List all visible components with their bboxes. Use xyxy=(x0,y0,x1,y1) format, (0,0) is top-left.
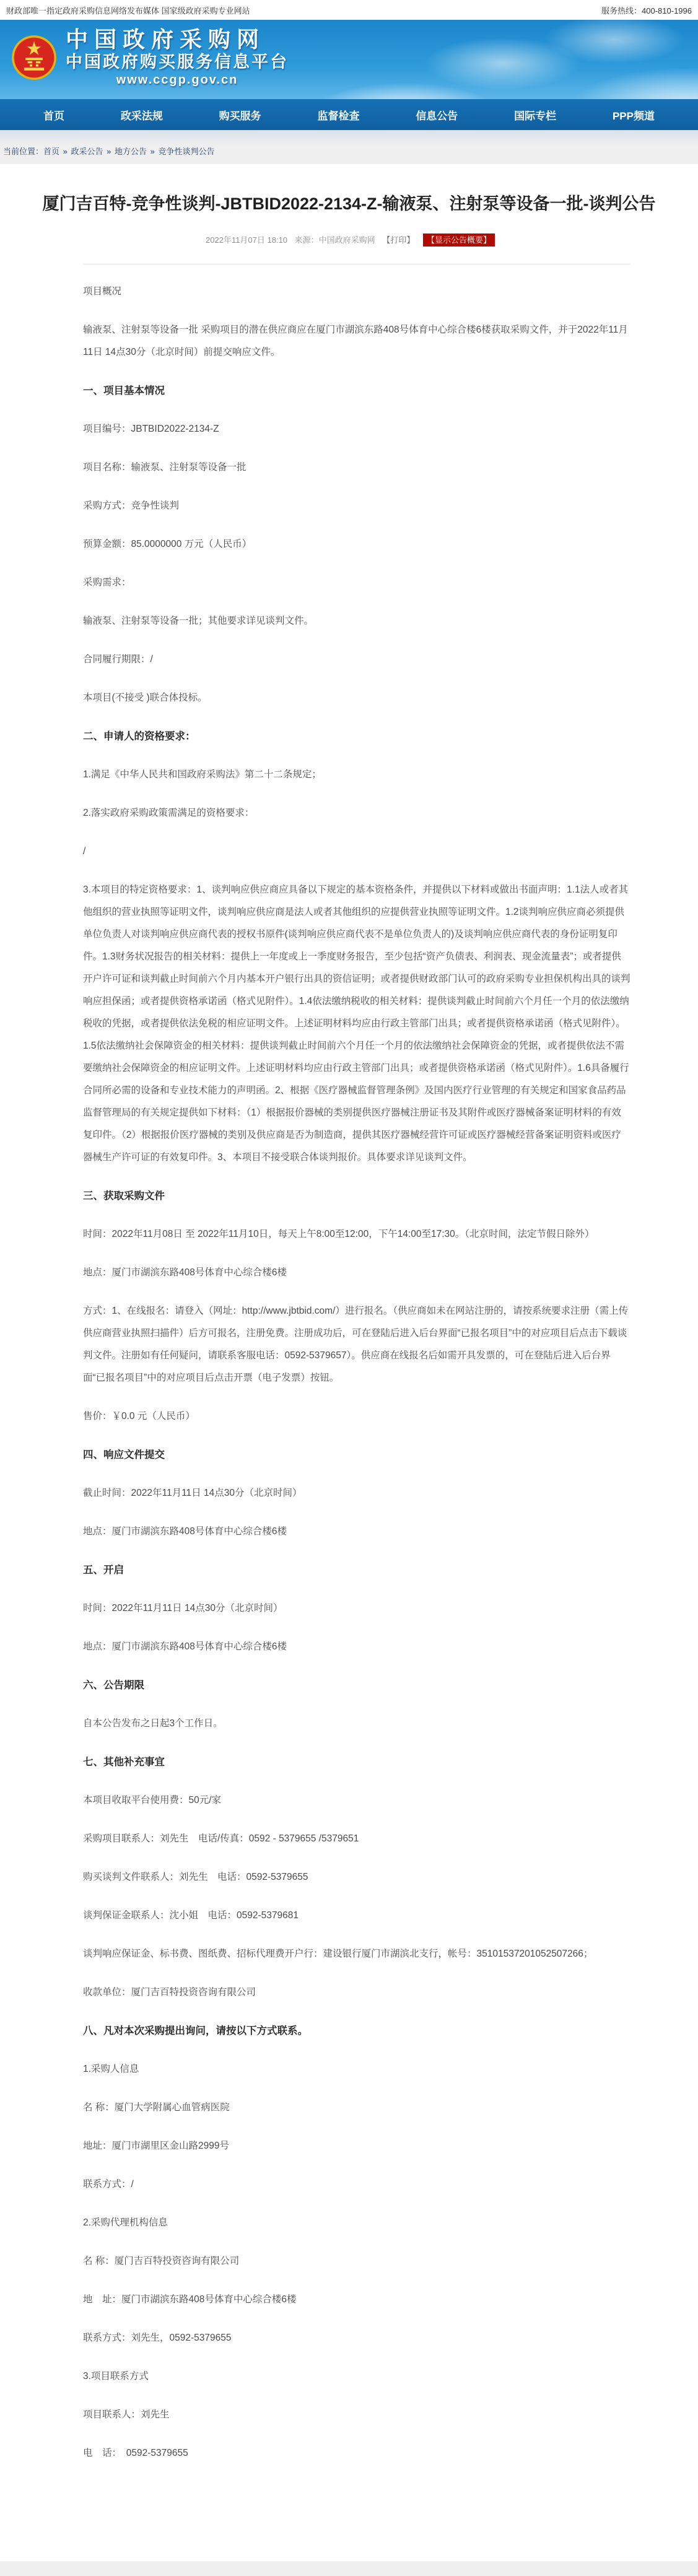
section-heading: 一、项目基本情况 xyxy=(83,380,630,402)
article-meta: 2022年11月07日 18:10 来源：中国政府采购网 【打印】 【显示公告概… xyxy=(0,234,698,245)
breadcrumb-separator: » xyxy=(59,147,71,156)
site-subtitle: 中国政府购买服务信息平台 xyxy=(66,52,289,72)
paragraph: 方式：1、在线报名：请登入（网址：http://www.jbtbid.com/）… xyxy=(83,1300,630,1389)
nav-item-announcements[interactable]: 信息公告 xyxy=(416,107,458,123)
paragraph: 3.项目联系方式 xyxy=(83,2365,630,2388)
site-logo[interactable]: 中国政府采购网 中国政府购买服务信息平台 www.ccgp.gov.cn xyxy=(11,27,289,88)
paragraph: 1.采购人信息 xyxy=(83,2058,630,2080)
paragraph: 名 称：厦门吉百特投资咨询有限公司 xyxy=(83,2250,630,2273)
site-title: 中国政府采购网 xyxy=(66,27,289,52)
paragraph: 谈判保证金联系人：沈小姐 电话：0592-5379681 xyxy=(83,1905,630,1927)
paragraph: 预算金额：85.0000000 万元（人民币） xyxy=(83,533,630,556)
paragraph: 采购需求： xyxy=(83,572,630,594)
breadcrumb-item-home[interactable]: 首页 xyxy=(43,147,59,156)
paragraph: 地点：厦门市湖滨东路408号体育中心综合楼6楼 xyxy=(83,1262,630,1284)
nav-item-international[interactable]: 国际专栏 xyxy=(514,107,556,123)
national-emblem-icon xyxy=(11,35,57,81)
paragraph: 本项目(不接受 )联合体投标。 xyxy=(83,687,630,709)
article-card: 厦门吉百特-竞争性谈判-JBTBID2022-2134-Z-输液泵、注射泵等设备… xyxy=(0,164,698,2561)
section-heading: 五、开启 xyxy=(83,1559,630,1581)
print-link[interactable]: 【打印】 xyxy=(382,235,414,245)
show-summary-button[interactable]: 【显示公告概要】 xyxy=(423,234,495,247)
paragraph: 采购方式：竞争性谈判 xyxy=(83,495,630,517)
paragraph: 地点：厦门市湖滨东路408号体育中心综合楼6楼 xyxy=(83,1521,630,1543)
paragraph: 电 话： 0592-5379655 xyxy=(83,2442,630,2465)
breadcrumb-item-procurement-announcements[interactable]: 政采公告 xyxy=(71,147,103,156)
paragraph: / xyxy=(83,840,630,863)
service-hotline: 服务热线：400-810-1996 xyxy=(601,4,692,16)
section-heading: 三、获取采购文件 xyxy=(83,1185,630,1207)
paragraph: 购买谈判文件联系人：刘先生 电话：0592-5379655 xyxy=(83,1866,630,1888)
paragraph: 谈判响应保证金、标书费、图纸费、招标代理费开户行：建设银行厦门市湖滨北支行，帐号… xyxy=(83,1943,630,1965)
site-slogan: 财政部唯一指定政府采购信息网络发布媒体 国家级政府采购专业网站 xyxy=(6,4,250,16)
site-url: www.ccgp.gov.cn xyxy=(66,72,289,88)
paragraph: 地点：厦门市湖滨东路408号体育中心综合楼6楼 xyxy=(83,1636,630,1658)
paragraph: 地 址：厦门市湖滨东路408号体育中心综合楼6楼 xyxy=(83,2289,630,2311)
meta-divider xyxy=(83,264,630,264)
breadcrumb-separator: » xyxy=(147,147,158,156)
page-title: 厦门吉百特-竞争性谈判-JBTBID2022-2134-Z-输液泵、注射泵等设备… xyxy=(0,191,698,216)
paragraph: 名 称：厦门大学附属心血管病医院 xyxy=(83,2097,630,2119)
paragraph: 合同履行期限：/ xyxy=(83,648,630,671)
paragraph: 截止时间：2022年11月11日 14点30分（北京时间） xyxy=(83,1482,630,1504)
top-bar: 财政部唯一指定政府采购信息网络发布媒体 国家级政府采购专业网站 服务热线：400… xyxy=(0,0,698,20)
section-heading: 七、其他补充事宜 xyxy=(83,1751,630,1773)
subheader: 当前位置：首页 » 政采公告 » 地方公告 » 竞争性谈判公告 xyxy=(0,130,698,164)
paragraph: 本项目收取平台使用费：50元/家 xyxy=(83,1789,630,1812)
paragraph: 时间：2022年11月11日 14点30分（北京时间） xyxy=(83,1597,630,1620)
paragraph: 2.采购代理机构信息 xyxy=(83,2212,630,2234)
nav-item-ppp-channel[interactable]: PPP频道 xyxy=(613,107,655,123)
nav-item-regulations[interactable]: 政采法规 xyxy=(121,107,163,123)
breadcrumb: 当前位置：首页 » 政采公告 » 地方公告 » 竞争性谈判公告 xyxy=(0,145,698,157)
paragraph: 联系方式：/ xyxy=(83,2173,630,2196)
paragraph: 项目编号：JBTBID2022-2134-Z xyxy=(83,418,630,440)
meta-datetime: 2022年11月07日 18:10 xyxy=(206,235,287,245)
meta-source: 来源：中国政府采购网 xyxy=(295,235,375,245)
article-body: 项目概况输液泵、注射泵等设备一批 采购项目的潜在供应商应在厦门市湖滨东路408号… xyxy=(0,264,698,2536)
paragraph: 3.本项目的特定资格要求：1、谈判响应供应商应具备以下规定的基本资格条件，并提供… xyxy=(83,879,630,1169)
section-heading: 二、申请人的资格要求： xyxy=(83,725,630,748)
nav-item-purchase-service[interactable]: 购买服务 xyxy=(219,107,261,123)
header-banner: 中国政府采购网 中国政府购买服务信息平台 www.ccgp.gov.cn xyxy=(0,20,698,99)
paragraph: 输液泵、注射泵等设备一批；其他要求详见谈判文件。 xyxy=(83,610,630,632)
section-heading: 八、凡对本次采购提出询问，请按以下方式联系。 xyxy=(83,2020,630,2042)
breadcrumb-separator: » xyxy=(103,147,115,156)
paragraph: 项目概况 xyxy=(83,281,630,303)
paragraph: 售价：￥0.0 元（人民币） xyxy=(83,1405,630,1428)
nav-item-supervision[interactable]: 监督检查 xyxy=(317,107,359,123)
paragraph: 输液泵、注射泵等设备一批 采购项目的潜在供应商应在厦门市湖滨东路408号体育中心… xyxy=(83,319,630,364)
main-nav: 首页政采法规购买服务监督检查信息公告国际专栏PPP频道 xyxy=(0,99,698,130)
paragraph: 地址：厦门市湖里区金山路2999号 xyxy=(83,2135,630,2157)
breadcrumb-label: 当前位置： xyxy=(3,147,43,156)
nav-item-home[interactable]: 首页 xyxy=(43,107,64,123)
paragraph: 项目联系人：刘先生 xyxy=(83,2404,630,2426)
breadcrumb-item-competitive-negotiation-announcements: 竞争性谈判公告 xyxy=(158,147,214,156)
paragraph: 2.落实政府采购政策需满足的资格要求： xyxy=(83,802,630,824)
paragraph: 时间：2022年11月08日 至 2022年11月10日，每天上午8:00至12… xyxy=(83,1223,630,1246)
breadcrumb-item-local-announcements[interactable]: 地方公告 xyxy=(115,147,147,156)
paragraph: 1.满足《中华人民共和国政府采购法》第二十二条规定； xyxy=(83,764,630,786)
paragraph: 项目名称：输液泵、注射泵等设备一批 xyxy=(83,456,630,479)
site-title-block: 中国政府采购网 中国政府购买服务信息平台 www.ccgp.gov.cn xyxy=(66,27,289,88)
paragraph: 联系方式：刘先生，0592-5379655 xyxy=(83,2327,630,2349)
paragraph: 采购项目联系人：刘先生 电话/传真：0592 - 5379655 /537965… xyxy=(83,1828,630,1850)
section-heading: 六、公告期限 xyxy=(83,1674,630,1696)
paragraph: 自本公告发布之日起3个工作日。 xyxy=(83,1713,630,1735)
section-heading: 四、响应文件提交 xyxy=(83,1444,630,1466)
paragraph: 收款单位：厦门吉百特投资咨询有限公司 xyxy=(83,1981,630,2004)
